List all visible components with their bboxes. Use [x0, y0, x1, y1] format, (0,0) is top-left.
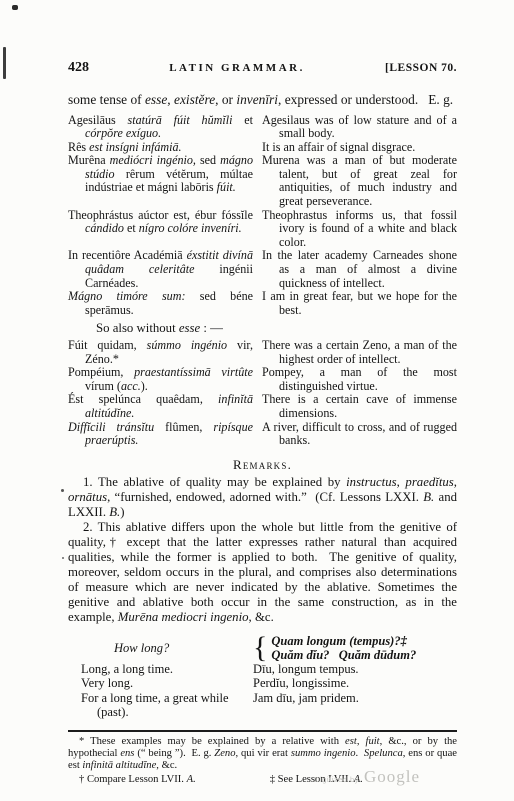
watermark-prefix: Digitized by	[314, 775, 359, 784]
scan-artifact	[3, 47, 6, 79]
remark-paragraph-1: 1. The ablative of quality may be explai…	[68, 475, 457, 520]
example-row: Mágno timóre sum: sed béne sperāmus.I am…	[68, 290, 457, 317]
english-cell: It is an affair of signal disgrace.	[262, 141, 457, 155]
examples-group-1: Agesilāus statúrā fúit hŭmĭli et córpŏre…	[68, 114, 457, 318]
howlong-latin-cell: Perdĭu, longissime.	[253, 676, 457, 690]
header-title: LATIN GRAMMAR.	[169, 62, 305, 74]
latin-cell: Murêna mediócri ingénio, sed mágno stúdi…	[68, 154, 262, 208]
example-row: Diffĭcili tránsĭtu flûmen, ripísque prae…	[68, 421, 457, 448]
latin-cell: Fúit quidam, súmmo ingénio vir, Zéno.*	[68, 339, 262, 366]
howlong-latin-line: Quam longum (tempus)?‡	[271, 634, 416, 648]
howlong-rows: Long, a long time.Dīu, longum tempus.Ver…	[68, 662, 457, 719]
english-cell: A river, difficult to cross, and of rugg…	[262, 421, 457, 448]
latin-cell: Pompéium, praestantíssimā virtûte vírum …	[68, 366, 262, 393]
howlong-answer-lines: Quam longum (tempus)?‡ Quăm dĭu? Quăm dū…	[271, 634, 416, 662]
howlong-english-cell: For a long time, a great while (past).	[68, 691, 253, 719]
page-content: 428 LATIN GRAMMAR. [LESSON 70. some tens…	[68, 60, 457, 785]
example-row: Agesilāus statúrā fúit hŭmĭli et córpŏre…	[68, 114, 457, 141]
howlong-latin-cell: Jam dīu, jam pridem.	[253, 691, 457, 719]
header-lesson: [LESSON 70.	[385, 62, 457, 74]
footnote-divider	[68, 730, 457, 732]
scan-artifact	[61, 489, 64, 492]
left-brace-glyph: {	[253, 634, 267, 662]
howlong-row: For a long time, a great while (past).Ja…	[68, 691, 457, 719]
footnote-2: † Compare Lesson LVII. A.	[79, 774, 196, 785]
english-cell: Murena was a man of but moderate talent,…	[262, 154, 457, 208]
latin-cell: Rês est insígni infámiā.	[68, 141, 262, 155]
page-number: 428	[68, 60, 89, 76]
english-cell: Pompey, a man of the most distinguished …	[262, 366, 457, 393]
howlong-english-cell: Long, a long time.	[68, 662, 253, 676]
howlong-question: How long?	[68, 641, 253, 655]
example-row: Murêna mediócri ingénio, sed mágno stúdi…	[68, 154, 457, 208]
scan-artifact	[12, 5, 18, 10]
example-row: Theophrástus aúctor est, ébur fóssĭle cá…	[68, 209, 457, 250]
latin-cell: Diffĭcili tránsĭtu flûmen, ripísque prae…	[68, 421, 262, 448]
english-cell: Agesilaus was of low stature and of a sm…	[262, 114, 457, 141]
scanned-book-page: 428 LATIN GRAMMAR. [LESSON 70. some tens…	[0, 0, 514, 801]
examples-table: Agesilāus statúrā fúit hŭmĭli et córpŏre…	[68, 114, 457, 448]
english-cell: There was a certain Zeno, a man of the h…	[262, 339, 457, 366]
example-row: Fúit quidam, súmmo ingénio vir, Zéno.*Th…	[68, 339, 457, 366]
example-row: Ést spelúnca quaêdam, infinĭtā altitúdĭn…	[68, 393, 457, 420]
latin-cell: Theophrástus aúctor est, ébur fóssĭle cá…	[68, 209, 262, 250]
examples-group-2: Fúit quidam, súmmo ingénio vir, Zéno.*Th…	[68, 339, 457, 448]
latin-cell: Ést spelúnca quaêdam, infinĭtā altitúdĭn…	[68, 393, 262, 420]
howlong-latin-cell: Dīu, longum tempus.	[253, 662, 457, 676]
google-logo: Google	[364, 767, 420, 787]
howlong-table: How long? { Quam longum (tempus)?‡ Quăm …	[68, 634, 457, 719]
howlong-row: Very long.Perdĭu, longissime.	[68, 676, 457, 690]
scan-artifact	[62, 557, 64, 559]
google-watermark: Digitized by Google	[314, 767, 420, 787]
howlong-english-cell: Very long.	[68, 676, 253, 690]
howlong-row: Long, a long time.Dīu, longum tempus.	[68, 662, 457, 676]
latin-cell: In recentiôre Académiā éxstitit divínā q…	[68, 249, 262, 290]
english-cell: Theophrastus informs us, that fossil ivo…	[262, 209, 457, 250]
howlong-latin-line: Quăm dĭu? Quăm dūdum?	[271, 648, 416, 662]
intro-paragraph: some tense of esse, existĕre, or invenīr…	[68, 92, 457, 108]
example-row: Rês est insígni infámiā.It is an affair …	[68, 141, 457, 155]
so-also-line: So also without esse : —	[96, 322, 457, 336]
howlong-answers: { Quam longum (tempus)?‡ Quăm dĭu? Quăm …	[253, 634, 416, 662]
remark-paragraph-2: 2. This ablative differs upon the whole …	[68, 520, 457, 624]
english-cell: I am in great fear, but we hope for the …	[262, 290, 457, 317]
remarks-heading: Remarks.	[68, 457, 457, 473]
latin-cell: Agesilāus statúrā fúit hŭmĭli et córpŏre…	[68, 114, 262, 141]
latin-cell: Mágno timóre sum: sed béne sperāmus.	[68, 290, 262, 317]
english-cell: In the later academy Carneades shone as …	[262, 249, 457, 290]
example-row: Pompéium, praestantíssimā virtûte vírum …	[68, 366, 457, 393]
english-cell: There is a certain cave of immense dimen…	[262, 393, 457, 420]
running-header: 428 LATIN GRAMMAR. [LESSON 70.	[68, 60, 457, 76]
example-row: In recentiôre Académiā éxstitit divínā q…	[68, 249, 457, 290]
howlong-header: How long? { Quam longum (tempus)?‡ Quăm …	[68, 634, 457, 662]
